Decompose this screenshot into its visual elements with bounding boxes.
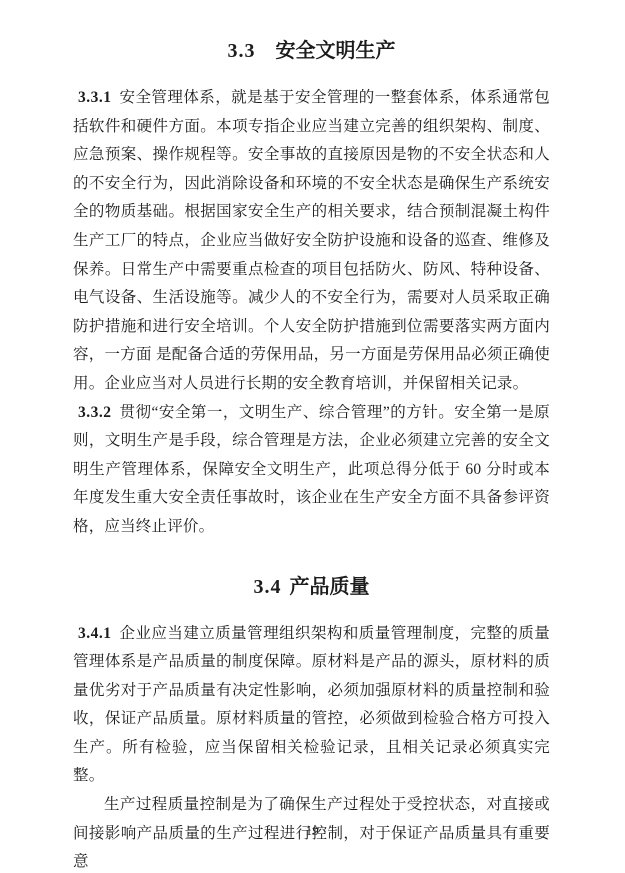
paragraph-number: 3.3.2 [78,404,112,421]
paragraph-3-3-1: 3.3.1安全管理体系，就是基于安全管理的一整套体系，体系通常包括软件和硬件方面… [73,84,550,399]
heading-title: 产品质量 [290,576,370,598]
heading-number: 3.4 [254,576,282,598]
page-footer: 19 [0,824,625,839]
heading-title: 安全文明生产 [276,40,396,62]
paragraph-3-4-1: 3.4.1企业应当建立质量管理组织架构和质量管理制度，完整的质量管理体系是产品质… [73,620,550,792]
paragraph-text: 贯彻“安全第一，文明生产、综合管理”的方针。安全第一是原则，文明生产是手段，综合… [73,404,550,535]
paragraph-number: 3.4.1 [78,625,112,642]
paragraph-text: 安全管理体系，就是基于安全管理的一整套体系，体系通常包括软件和硬件方面。本项专指… [73,89,550,392]
paragraph-3-3-2: 3.3.2贯彻“安全第一，文明生产、综合管理”的方针。安全第一是原则，文明生产是… [73,399,550,542]
section-heading-3-3: 3.3安全文明生产 [73,36,550,66]
document-page: 3.3安全文明生产 3.3.1安全管理体系，就是基于安全管理的一整套体系，体系通… [0,0,625,873]
section-heading-3-4: 3.4产品质量 [73,572,550,602]
paragraph-text: 企业应当建立质量管理组织架构和质量管理制度，完整的质量管理体系是产品质量的制度保… [73,625,550,785]
page-number: 19 [306,824,320,838]
heading-number: 3.3 [228,40,256,62]
paragraph-number: 3.3.1 [78,89,112,106]
